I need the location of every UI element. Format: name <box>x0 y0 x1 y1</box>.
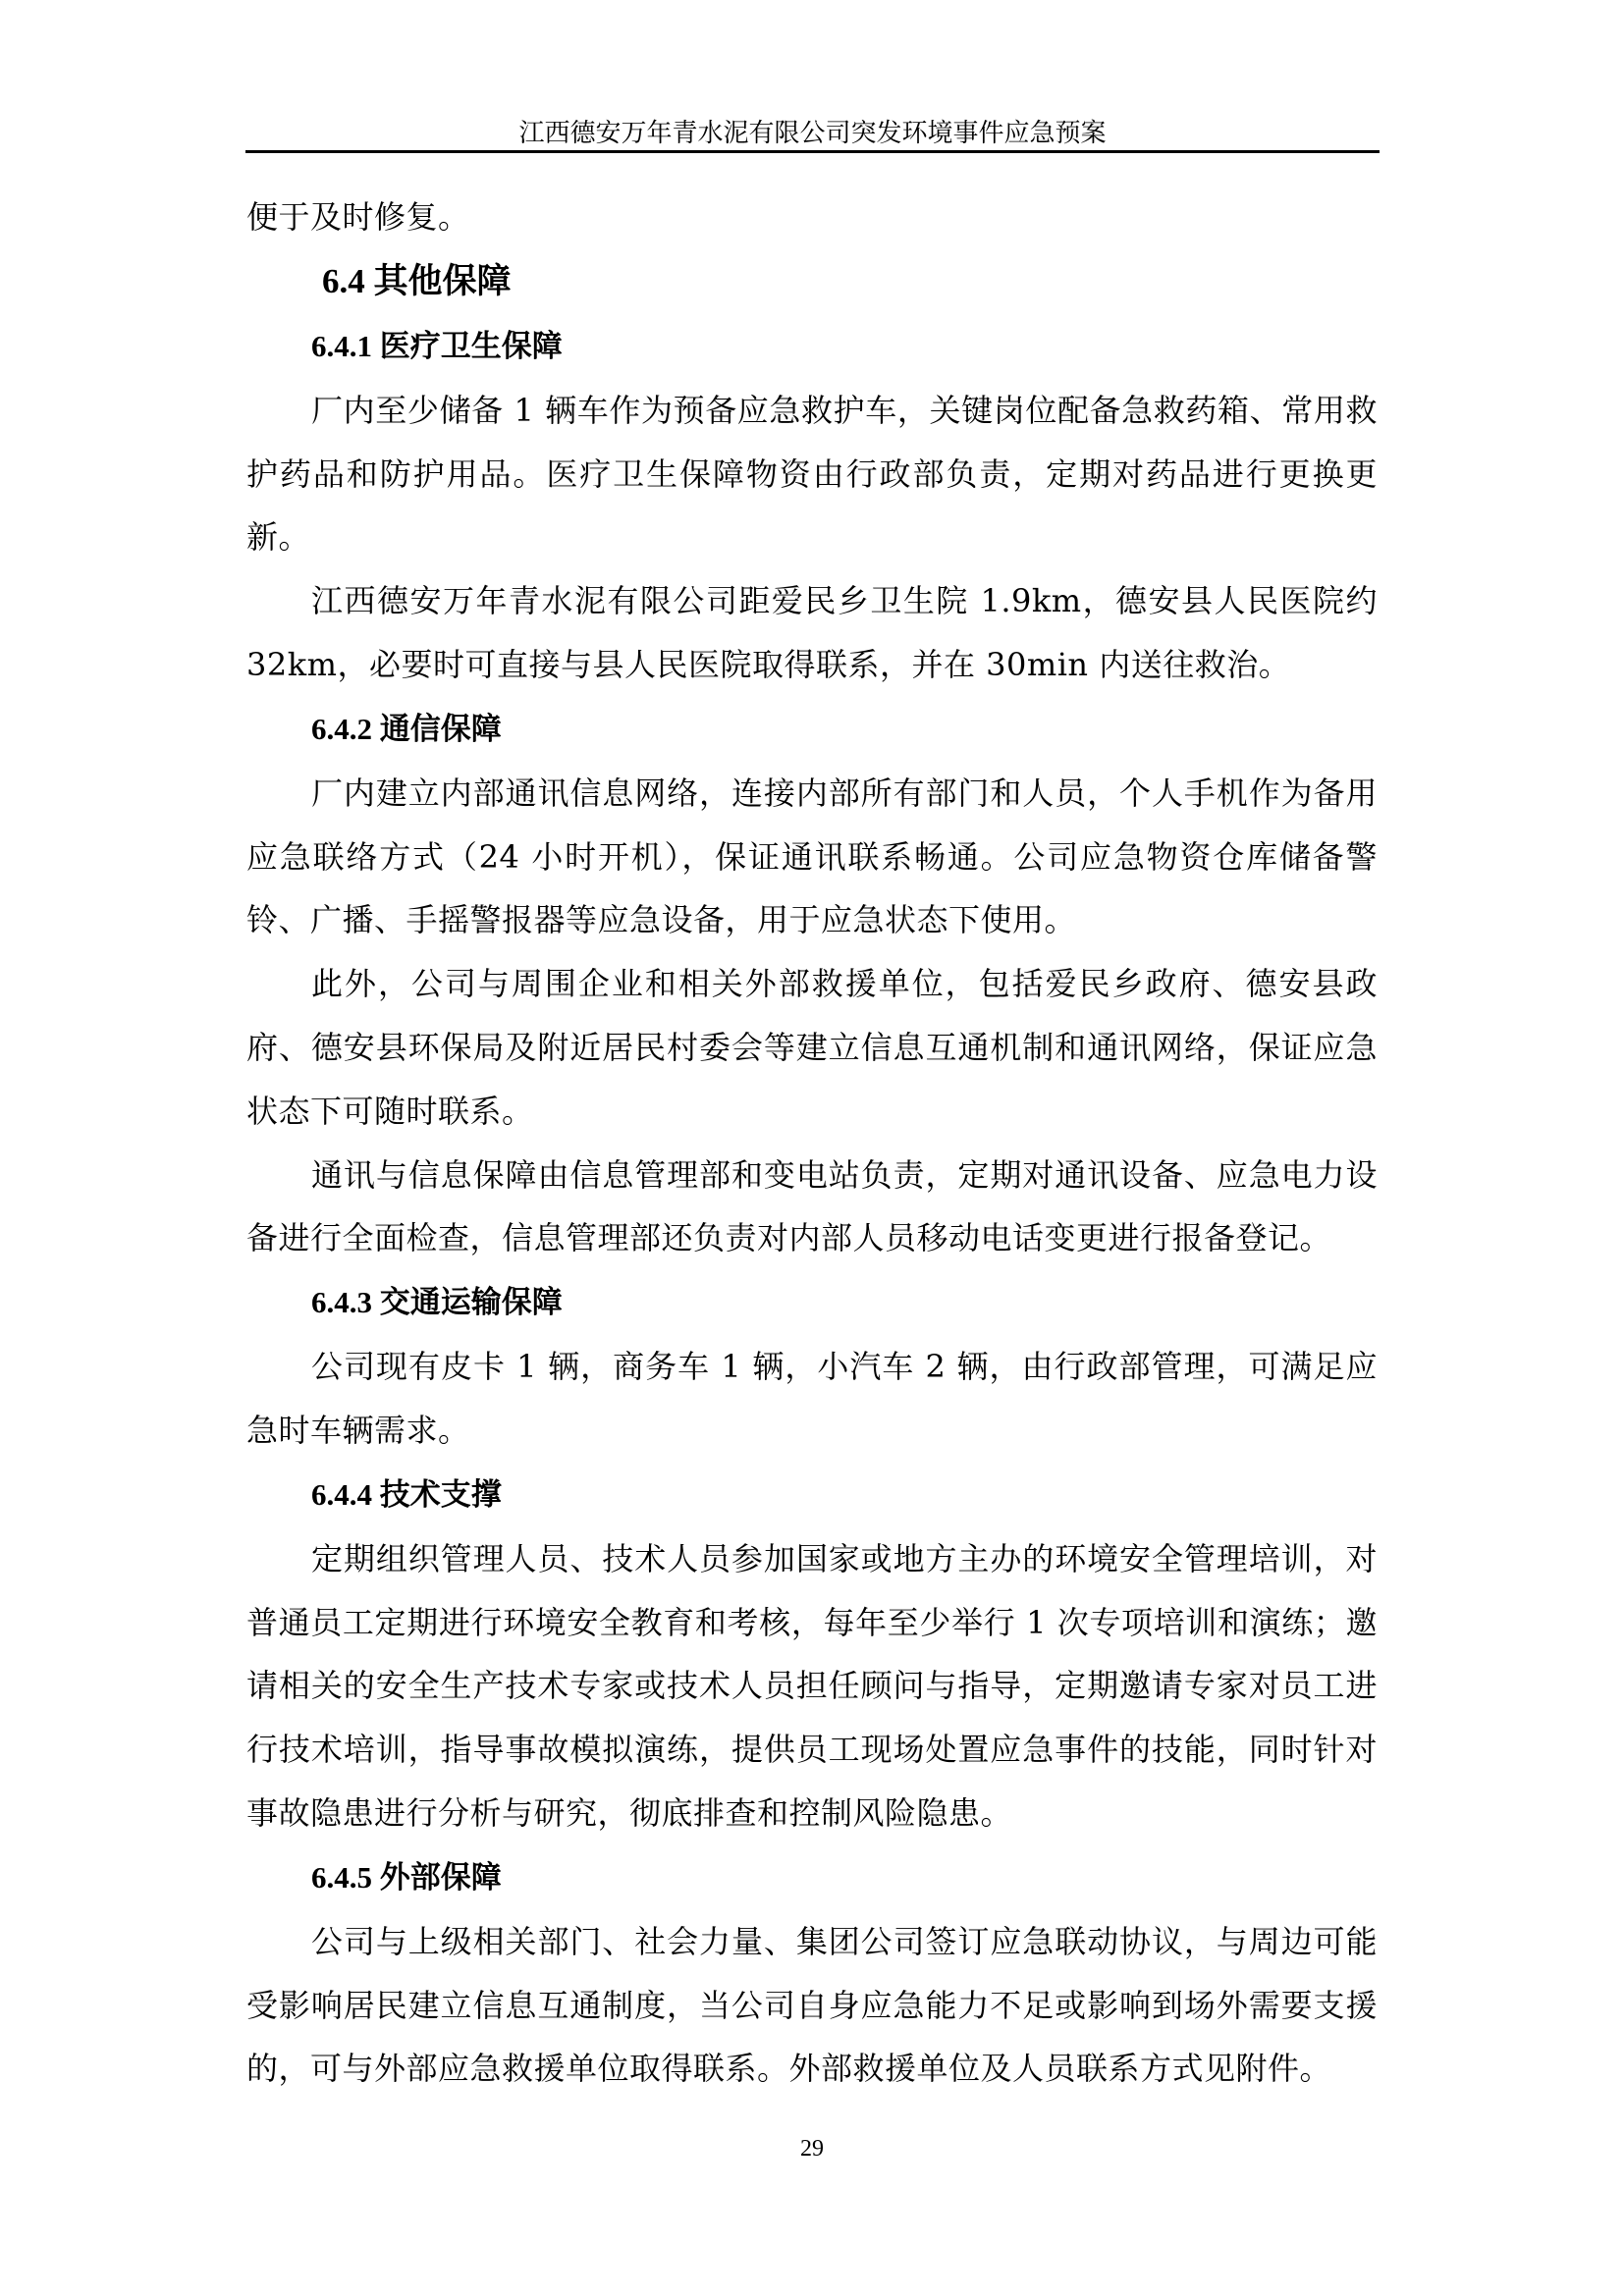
subsection-heading-6-4-4: 6.4.4 技术支撑 <box>246 1463 1378 1527</box>
section-title: 其他保障 <box>374 262 512 300</box>
section-number: 6.4 <box>322 262 365 300</box>
section-heading-6-4: 6.4 其他保障 <box>246 249 1378 314</box>
continuation-paragraph: 便于及时修复。 <box>246 186 1378 249</box>
paragraph: 江西德安万年青水泥有限公司距爱民乡卫生院 1.9km，德安县人民医院约 32km… <box>246 569 1378 697</box>
paragraph: 通讯与信息保障由信息管理部和变电站负责，定期对通讯设备、应急电力设备进行全面检查… <box>246 1144 1378 1271</box>
subsection-number: 6.4.3 <box>311 1285 372 1319</box>
subsection-title: 交通运输保障 <box>380 1285 563 1319</box>
subsection-title: 通信保障 <box>380 712 502 746</box>
page-number: 29 <box>0 2134 1624 2163</box>
subsection-heading-6-4-3: 6.4.3 交通运输保障 <box>246 1270 1378 1335</box>
paragraph: 公司与上级相关部门、社会力量、集团公司签订应急联动协议，与周边可能受影响居民建立… <box>246 1910 1378 2101</box>
subsection-heading-6-4-2: 6.4.2 通信保障 <box>246 697 1378 762</box>
subsection-title: 医疗卫生保障 <box>380 329 563 363</box>
subsection-heading-6-4-1: 6.4.1 医疗卫生保障 <box>246 314 1378 379</box>
subsection-title: 外部保障 <box>380 1860 502 1895</box>
paragraph: 公司现有皮卡 1 辆，商务车 1 辆，小汽车 2 辆，由行政部管理，可满足应急时… <box>246 1335 1378 1463</box>
document-body: 便于及时修复。 6.4 其他保障 6.4.1 医疗卫生保障 厂内至少储备 1 辆… <box>246 186 1378 2101</box>
paragraph: 厂内至少储备 1 辆车作为预备应急救护车，关键岗位配备急救药箱、常用救护药品和防… <box>246 379 1378 569</box>
header-divider <box>245 150 1380 153</box>
subsection-title: 技术支撑 <box>380 1477 502 1512</box>
paragraph: 厂内建立内部通讯信息网络，连接内部所有部门和人员，个人手机作为备用应急联络方式（… <box>246 762 1378 952</box>
document-title: 江西德安万年青水泥有限公司突发环境事件应急预案 <box>518 119 1106 148</box>
page-header: 江西德安万年青水泥有限公司突发环境事件应急预案 <box>245 116 1380 151</box>
subsection-number: 6.4.4 <box>311 1477 372 1512</box>
paragraph: 定期组织管理人员、技术人员参加国家或地方主办的环境安全管理培训，对普通员工定期进… <box>246 1527 1378 1845</box>
subsection-number: 6.4.2 <box>311 712 372 746</box>
subsection-number: 6.4.1 <box>311 329 372 363</box>
subsection-heading-6-4-5: 6.4.5 外部保障 <box>246 1845 1378 1910</box>
subsection-number: 6.4.5 <box>311 1860 372 1895</box>
paragraph: 此外，公司与周围企业和相关外部救援单位，包括爱民乡政府、德安县政府、德安县环保局… <box>246 952 1378 1143</box>
